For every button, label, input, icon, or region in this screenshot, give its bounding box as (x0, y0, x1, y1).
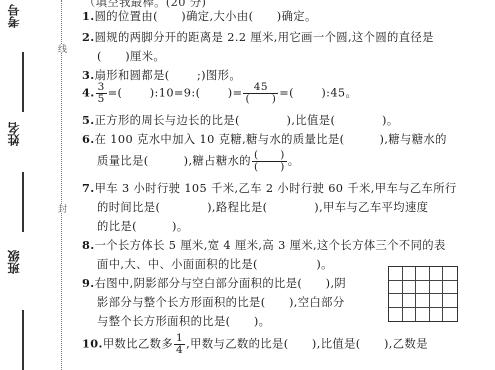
binding-char-xian: 线 (54, 44, 68, 53)
question-1: 1.圆的位置由( )确定,大小由( )确定。 (82, 8, 317, 24)
question-6: 6.在 100 克水中加入 10 克糖,糖与水的质量比是( ),糖与糖水的 (82, 131, 447, 147)
grid-cell (430, 267, 444, 281)
exam-number-label: 考号 (8, 0, 28, 28)
question-3: 3.扇形和圆都是( ;)图形。 (82, 67, 241, 83)
grid-cell (443, 308, 457, 322)
rectangle-grid-figure (388, 266, 458, 322)
question-4: 4.35=( ):10=9:( )=45( )=( ):45。 (82, 82, 357, 105)
grid-cell (389, 267, 403, 281)
name-label: 姓名 (8, 118, 28, 146)
grid-cell (430, 281, 444, 295)
grid-cell (403, 267, 417, 281)
question-9-cont-1: 影部分与整个长方形面积的比是( ),空白部分 (97, 294, 345, 310)
grid-cell (403, 308, 417, 322)
question-9-cont-2: 与整个长方形面积的比是( )。 (97, 313, 270, 329)
fraction-45-blank: 45( ) (243, 82, 278, 105)
fraction-blank: ( )( ) (252, 150, 287, 173)
grid-cell (430, 294, 444, 308)
grid-cell (403, 281, 417, 295)
grid-cell (416, 281, 430, 295)
grid-cell (430, 308, 444, 322)
class-blank[interactable] (22, 310, 24, 370)
exam-info-sidebar: 考号 姓名 班级 (0, 0, 50, 370)
grid-cell (389, 308, 403, 322)
name-blank[interactable] (22, 172, 24, 232)
grid-cell (443, 267, 457, 281)
question-5: 5.正方形的周长与边长的比是( ),比值是( )。 (82, 112, 399, 128)
grid-cell (416, 267, 430, 281)
fraction-1-4: 14 (174, 333, 185, 356)
question-8-cont: 面中,大、中、小面面积的比是( )。 (97, 256, 333, 272)
fraction-3-5: 35 (96, 82, 107, 105)
question-7-cont-2: 的比是( )。 (97, 218, 189, 234)
question-7-cont-1: 的时间比是( ),路程比是( ),甲车与乙车平均速度 (97, 199, 428, 215)
class-label: 班级 (8, 246, 28, 274)
question-2: 2.圆规的两脚分开的距离是 2.2 厘米,用它画一个圆,这个圆的直径是 (82, 29, 434, 45)
binding-dotted-line (61, 0, 62, 370)
grid-cell (416, 294, 430, 308)
grid-cell (389, 294, 403, 308)
binding-char-feng: 封 (54, 204, 68, 213)
question-8: 8.一个长方体长 5 厘米,宽 4 厘米,高 3 厘米,这个长方体三个不同的表 (82, 237, 446, 253)
grid-cell (443, 281, 457, 295)
grid-cell (416, 308, 430, 322)
question-7: 7.甲车 3 小时行驶 105 千米,乙车 2 小时行驶 60 千米,甲车与乙车… (82, 180, 457, 196)
grid-cell (443, 294, 457, 308)
question-9: 9.右图中,阴影部分与空白部分面积的比是( ),阴 (82, 275, 346, 291)
grid-cell (403, 294, 417, 308)
exam-number-blank[interactable] (22, 52, 24, 112)
question-2-cont: ( )厘米。 (97, 48, 165, 64)
grid-cell (389, 281, 403, 295)
question-10: 10.甲数比乙数多14,甲数与乙数的比是( ),比值是( ),乙数是 (82, 333, 428, 356)
question-6-cont: 质量比是( ),糖占糖水的( )( )。 (97, 150, 299, 173)
